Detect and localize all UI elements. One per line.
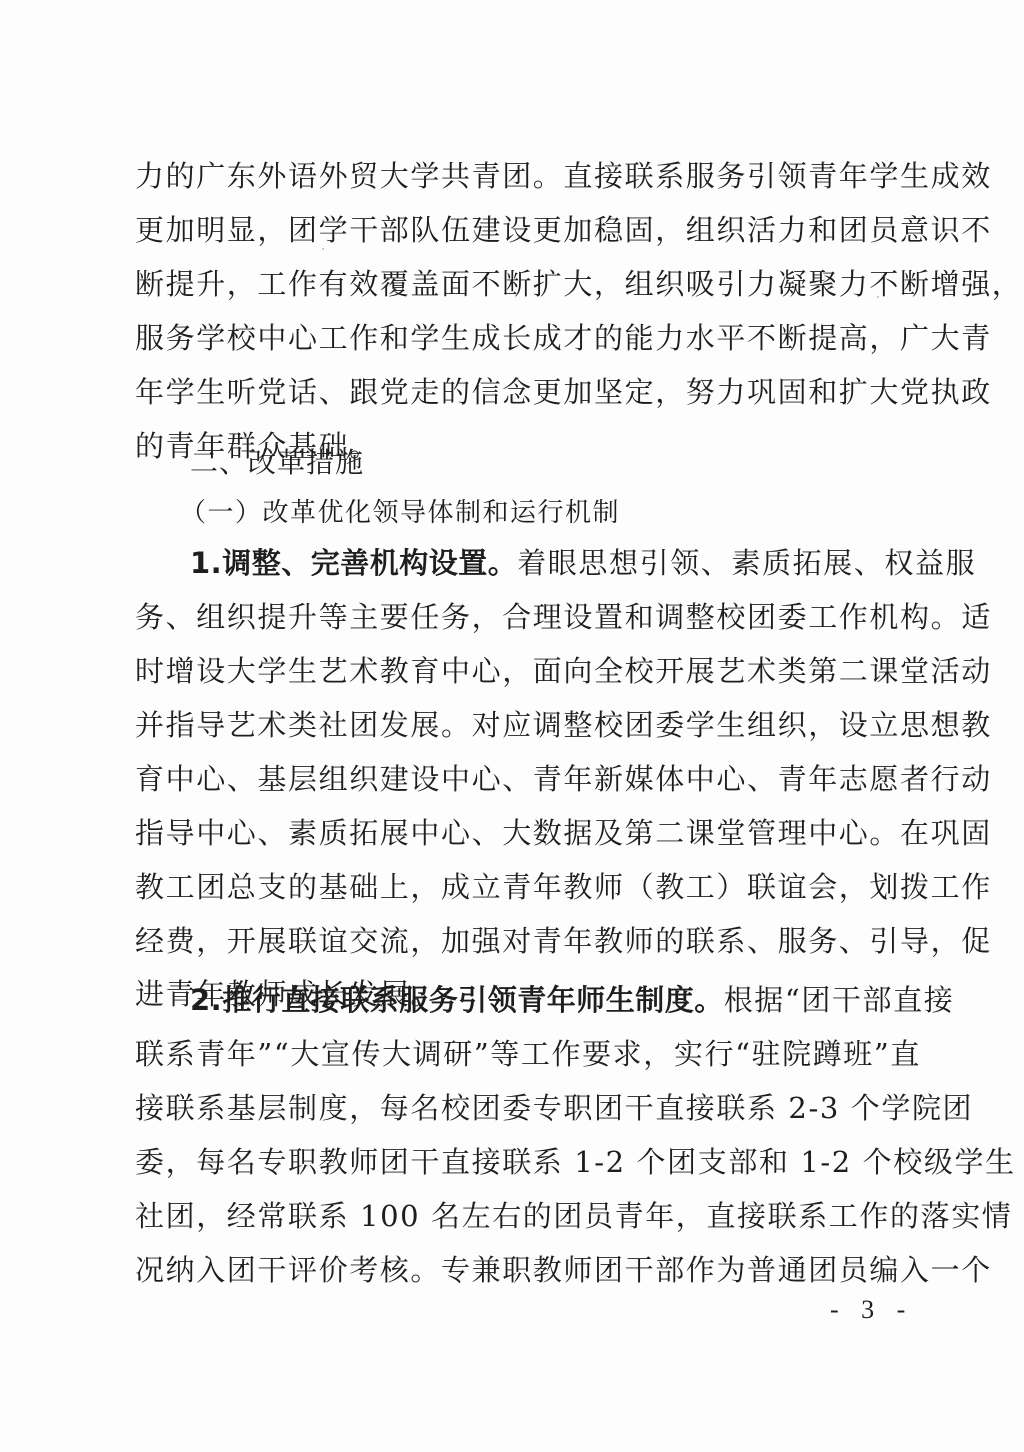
- paragraph-line: 服务学校中心工作和学生成长成才的能力水平不断提高，广大青: [135, 318, 897, 358]
- item2-first-line: 2.推行直接联系服务引领青年师生制度。根据“团干部直接: [190, 980, 897, 1020]
- paragraph-line: 教工团总支的基础上，成立青年教师（教工）联谊会，划拨工作: [135, 867, 897, 907]
- paragraph-line: 并指导艺术类社团发展。对应调整校团委学生组织，设立思想教: [135, 705, 897, 745]
- paragraph-line: 育中心、基层组织建设中心、青年新媒体中心、青年志愿者行动: [135, 759, 897, 799]
- item2-title: 2.推行直接联系服务引领青年师生制度。: [190, 983, 724, 1017]
- paragraph-line: 时增设大学生艺术教育中心，面向全校开展艺术类第二课堂活动: [135, 651, 897, 691]
- paragraph-line: 力的广东外语外贸大学共青团。直接联系服务引领青年学生成效: [135, 156, 897, 196]
- paragraph-line: 指导中心、素质拓展中心、大数据及第二课堂管理中心。在巩固: [135, 813, 897, 853]
- item1-title: 1.调整、完善机构设置。: [190, 546, 517, 580]
- paragraph-line: 接联系基层制度，每名校团委专职团干直接联系 2-3 个学院团: [135, 1088, 897, 1128]
- scan-artifact: [322, 248, 324, 250]
- scan-artifact: [877, 296, 879, 298]
- paragraph-line: 况纳入团干评价考核。专兼职教师团干部作为普通团员编入一个: [135, 1250, 897, 1290]
- paragraph-line: 务、组织提升等主要任务，合理设置和调整校团委工作机构。适: [135, 597, 897, 637]
- item1-first-line: 1.调整、完善机构设置。着眼思想引领、素质拓展、权益服: [190, 543, 897, 583]
- subsection-heading: （一）改革优化领导体制和运行机制: [180, 493, 887, 533]
- paragraph-line: 社团，经常联系 100 名左右的团员青年，直接联系工作的落实情: [135, 1196, 897, 1236]
- section-heading: 二、改革措施: [190, 443, 897, 483]
- paragraph-line: 断提升，工作有效覆盖面不断扩大，组织吸引力凝聚力不断增强，: [135, 264, 897, 304]
- paragraph-line: 年学生听党话、跟党走的信念更加坚定，努力巩固和扩大党执政: [135, 372, 897, 412]
- item2-first-line-text: 根据“团干部直接: [724, 983, 955, 1017]
- document-page: 力的广东外语外贸大学共青团。直接联系服务引领青年学生成效 更加明显，团学干部队伍…: [0, 0, 1024, 1452]
- paragraph-line: 委，每名专职教师团干直接联系 1-2 个团支部和 1-2 个校级学生: [135, 1142, 897, 1182]
- paragraph-line: 联系青年”“大宣传大调研”等工作要求，实行“驻院蹲班”直: [135, 1034, 897, 1074]
- paragraph-line: 更加明显，团学干部队伍建设更加稳固，组织活力和团员意识不: [135, 210, 897, 250]
- page-number: - 3 -: [830, 1295, 913, 1325]
- item1-first-line-text: 着眼思想引领、素质拓展、权益服: [517, 546, 976, 580]
- paragraph-line: 经费，开展联谊交流，加强对青年教师的联系、服务、引导，促: [135, 921, 897, 961]
